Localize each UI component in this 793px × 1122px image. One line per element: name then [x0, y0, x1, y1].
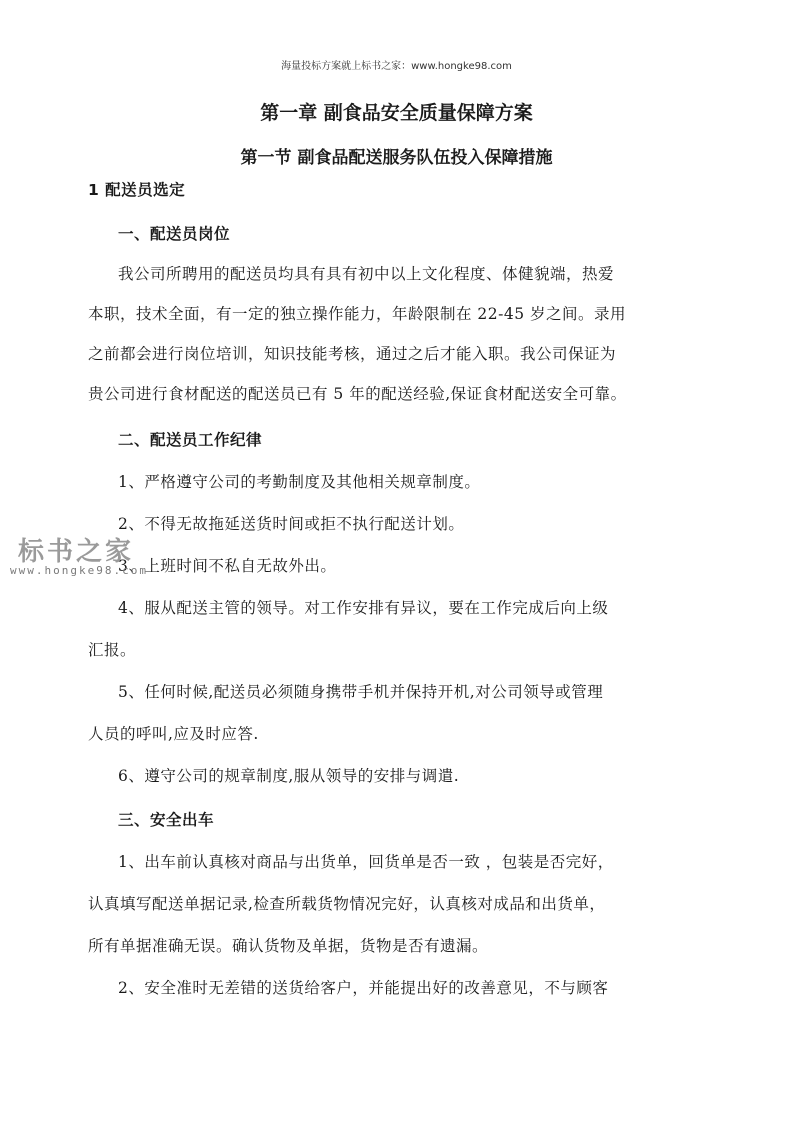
watermark-url: www.hongke98.com	[10, 564, 160, 577]
list-item-cont: 人员的呼叫,应及时应答.	[88, 722, 708, 744]
heading-safety: 三、安全出车	[118, 808, 738, 830]
list-item-cont: 汇报。	[88, 638, 708, 660]
list-item: 3、上班时间不私自无故外出。	[118, 554, 738, 576]
watermark-title: 标书之家	[10, 538, 160, 566]
watermark-logo: 标书之家 www.hongke98.com	[10, 538, 160, 577]
list-item: 6、遵守公司的规章制度,服从领导的安排与调遣.	[118, 764, 738, 786]
list-item: 1、严格遵守公司的考勤制度及其他相关规章制度。	[118, 470, 738, 492]
list-item: 1、出车前认真核对商品与出货单，回货单是否一致 ，包装是否完好，	[118, 850, 738, 872]
list-item: 5、任何时候,配送员必须随身携带手机并保持开机,对公司领导或管理	[118, 680, 738, 702]
list-item: 2、不得无故拖延送货时间或拒不执行配送计划。	[118, 512, 738, 534]
paragraph-line: 我公司所聘用的配送员均具有具有初中以上文化程度、体健貌端，热爱	[118, 262, 738, 284]
heading-discipline: 二、配送员工作纪律	[118, 428, 738, 450]
heading-position: 一、配送员岗位	[118, 222, 738, 244]
list-item: 2、安全准时无差错的送货给客户，并能提出好的改善意见，不与顾客	[118, 976, 738, 998]
subsection-heading: 1 配送员选定	[88, 178, 708, 200]
list-item: 4、服从配送主管的领导。对工作安排有异议，要在工作完成后向上级	[118, 596, 738, 618]
paragraph-line: 之前都会进行岗位培训，知识技能考核，通过之后才能入职。我公司保证为	[88, 342, 708, 364]
section-title: 第一节 副食品配送服务队伍投入保障措施	[0, 143, 793, 168]
paragraph-line: 本职，技术全面，有一定的独立操作能力，年龄限制在 22-45 岁之间。录用	[88, 302, 708, 324]
list-item-cont: 认真填写配送单据记录,检查所载货物情况完好，认真核对成品和出货单，	[88, 892, 708, 914]
header-note: 海量投标方案就上标书之家：www.hongke98.com	[0, 57, 793, 72]
chapter-title: 第一章 副食品安全质量保障方案	[0, 98, 793, 125]
list-item-cont: 所有单据准确无误。确认货物及单据，货物是否有遗漏。	[88, 934, 708, 956]
paragraph-line: 贵公司进行食材配送的配送员已有 5 年的配送经验,保证食材配送安全可靠。	[88, 382, 708, 404]
